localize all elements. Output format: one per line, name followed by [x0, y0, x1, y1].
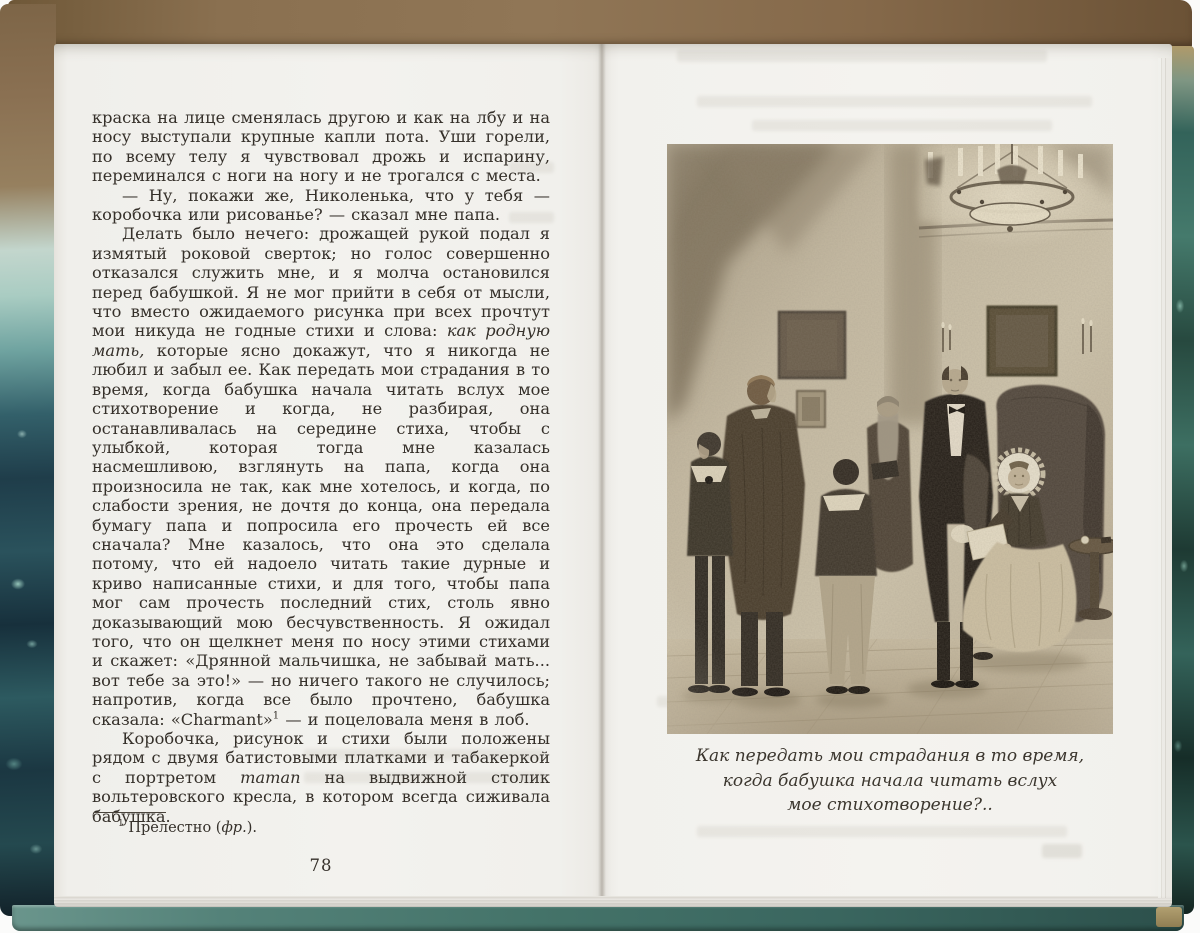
cover-bottom-edge — [12, 905, 1184, 931]
footnote-rule — [94, 812, 166, 813]
book-photo: краска на лице сменялась другою и как на… — [0, 0, 1200, 933]
cover-top-edge — [8, 0, 1192, 47]
cover-right-edge — [1170, 46, 1194, 914]
page-left: краска на лице сменялась другою и как на… — [54, 44, 602, 902]
show-through — [697, 96, 1092, 107]
show-through — [1042, 844, 1082, 858]
show-through — [697, 826, 1067, 837]
body-text: краска на лице сменялась другою и как на… — [92, 108, 550, 826]
page-number-left: 78 — [92, 856, 550, 875]
caption-line: мое стихотворение?.. — [642, 793, 1138, 818]
footnote: 1 Прелестно (фр.). — [92, 812, 550, 836]
show-through — [752, 120, 1052, 131]
illustration-caption: Как передать мои страдания в то время, к… — [642, 744, 1138, 818]
book-gutter — [598, 44, 606, 902]
caption-line: Как передать мои страдания в то время, — [642, 744, 1138, 769]
paragraph: Делать было нечего: дрожащей рукой подал… — [92, 224, 550, 729]
caption-line: когда бабушка начала читать вслух — [642, 769, 1138, 794]
page-right: Как передать мои страдания в то время, к… — [602, 44, 1172, 902]
footnote-text: 1 Прелестно (фр.). — [92, 820, 550, 836]
paragraph: краска на лице сменялась другою и как на… — [92, 108, 550, 186]
page-edges-right — [1158, 58, 1172, 898]
paragraph: — Ну, покажи же, Николенька, что у тебя … — [92, 186, 550, 225]
illustration — [667, 144, 1113, 734]
page-edges-bottom — [54, 896, 1172, 907]
show-through — [677, 50, 1047, 62]
cover-left-edge — [0, 4, 56, 916]
